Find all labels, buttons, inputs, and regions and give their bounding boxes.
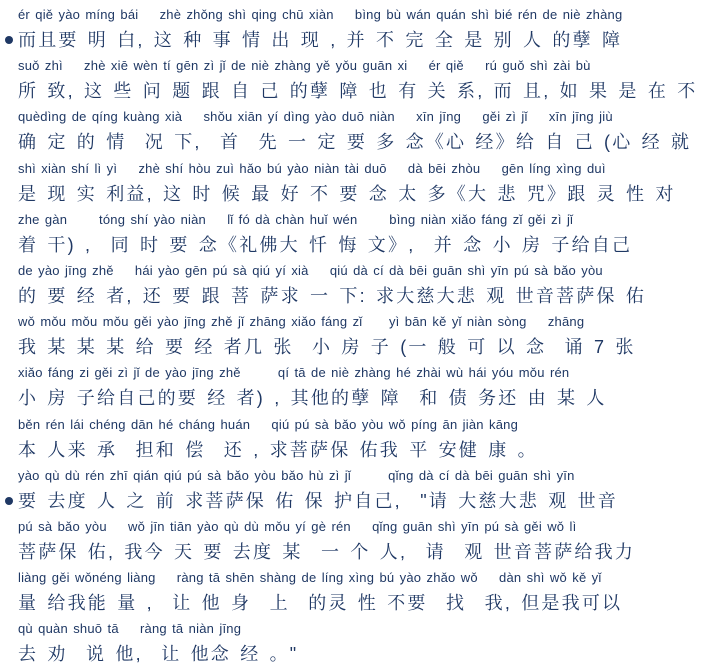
text-line: xiǎo fáng zi gěi zì jǐ de yào jīng zhě q… bbox=[18, 362, 703, 413]
text-line: zhe gàn tóng shí yào niàn lǐ fó dà chàn … bbox=[18, 209, 703, 260]
document-text: ér qiě yào míng bái zhè zhǒng shì qing c… bbox=[0, 0, 703, 669]
hanzi-line: 所 致, 这 些 问 题 跟 自 己 的孽 障 也 有 关 系, 而 且, 如 … bbox=[18, 77, 703, 105]
hanzi-line: 确 定 的 情 况 下, 首 先 一 定 要 多 念《心 经》给 自 己 (心 … bbox=[18, 128, 703, 156]
pinyin-line: wǒ mǒu mǒu mǒu gěi yào jīng zhě jǐ zhāng… bbox=[18, 311, 703, 333]
pinyin-line: zhe gàn tóng shí yào niàn lǐ fó dà chàn … bbox=[18, 209, 703, 231]
pinyin-line: pú sà bǎo yòu wǒ jīn tiān yào qù dù mǒu … bbox=[18, 516, 703, 538]
text-line: pú sà bǎo yòu wǒ jīn tiān yào qù dù mǒu … bbox=[18, 516, 703, 567]
hanzi-line: 要 去度 人 之 前 求菩萨保 佑 保 护自己, "请 大慈大悲 观 世音 bbox=[18, 487, 703, 515]
hanzi-line: 是 现 实 利益, 这 时 候 最 好 不 要 念 太 多《大 悲 咒》跟 灵 … bbox=[18, 180, 703, 208]
hanzi-line: 本 人来 承 担和 偿 还 , 求菩萨保 佑我 平 安健 康 。 bbox=[18, 436, 703, 464]
hanzi-line: 我 某 某 某 给 要 经 者几 张 小 房 子 (一 般 可 以 念 诵 7 … bbox=[18, 333, 703, 361]
pinyin-line: liàng gěi wǒnéng liàng ràng tā shēn shàn… bbox=[18, 567, 703, 589]
text-line: quèdìng de qíng kuàng xià shǒu xiān yí d… bbox=[18, 106, 703, 157]
text-line: qù quàn shuō tā ràng tā niàn jīng 去 劝 说 … bbox=[18, 618, 703, 669]
pinyin-line: qù quàn shuō tā ràng tā niàn jīng bbox=[18, 618, 703, 640]
pinyin-line: de yào jīng zhě hái yào gēn pú sà qiú yí… bbox=[18, 260, 703, 282]
hanzi-line: 菩萨保 佑, 我今 天 要 去度 某 一 个 人, 请 观 世音菩萨给我力 bbox=[18, 538, 703, 566]
pinyin-line: xiǎo fáng zi gěi zì jǐ de yào jīng zhě q… bbox=[18, 362, 703, 384]
bullet-icon bbox=[5, 497, 13, 505]
list-item: yào qù dù rén zhī qián qiú pú sà bǎo yòu… bbox=[18, 465, 703, 516]
hanzi-line: 而且要 明 白, 这 种 事 情 出 现 , 并 不 完 全 是 别 人 的孽 … bbox=[18, 26, 703, 54]
hanzi-line: 小 房 子给自己的要 经 者) , 其他的孽 障 和 债 务还 由 某 人 bbox=[18, 384, 703, 412]
text-line: liàng gěi wǒnéng liàng ràng tā shēn shàn… bbox=[18, 567, 703, 618]
list-item: ér qiě yào míng bái zhè zhǒng shì qing c… bbox=[18, 4, 703, 55]
hanzi-line: 量 给我能 量 , 让 他 身 上 的灵 性 不要 找 我, 但是我可以 bbox=[18, 589, 703, 617]
pinyin-line: běn rén lái chéng dān hé cháng huán qiú … bbox=[18, 414, 703, 436]
pinyin-line: ér qiě yào míng bái zhè zhǒng shì qing c… bbox=[18, 4, 703, 26]
pinyin-line: yào qù dù rén zhī qián qiú pú sà bǎo yòu… bbox=[18, 465, 703, 487]
text-line: běn rén lái chéng dān hé cháng huán qiú … bbox=[18, 414, 703, 465]
pinyin-line: suǒ zhì zhè xiē wèn tí gēn zì jǐ de niè … bbox=[18, 55, 703, 77]
hanzi-line: 着 干) , 同 时 要 念《礼佛大 忏 悔 文》, 并 念 小 房 子给自己 bbox=[18, 231, 703, 259]
bullet-icon bbox=[5, 36, 13, 44]
text-line: shì xiàn shí lì yì zhè shí hòu zuì hǎo b… bbox=[18, 158, 703, 209]
text-line: wǒ mǒu mǒu mǒu gěi yào jīng zhě jǐ zhāng… bbox=[18, 311, 703, 362]
pinyin-line: quèdìng de qíng kuàng xià shǒu xiān yí d… bbox=[18, 106, 703, 128]
hanzi-line: 的 要 经 者, 还 要 跟 菩 萨求 一 下: 求大慈大悲 观 世音菩萨保 佑 bbox=[18, 282, 703, 310]
text-line: de yào jīng zhě hái yào gēn pú sà qiú yí… bbox=[18, 260, 703, 311]
hanzi-line: 去 劝 说 他, 让 他念 经 。" bbox=[18, 640, 703, 668]
text-line: suǒ zhì zhè xiē wèn tí gēn zì jǐ de niè … bbox=[18, 55, 703, 106]
pinyin-line: shì xiàn shí lì yì zhè shí hòu zuì hǎo b… bbox=[18, 158, 703, 180]
